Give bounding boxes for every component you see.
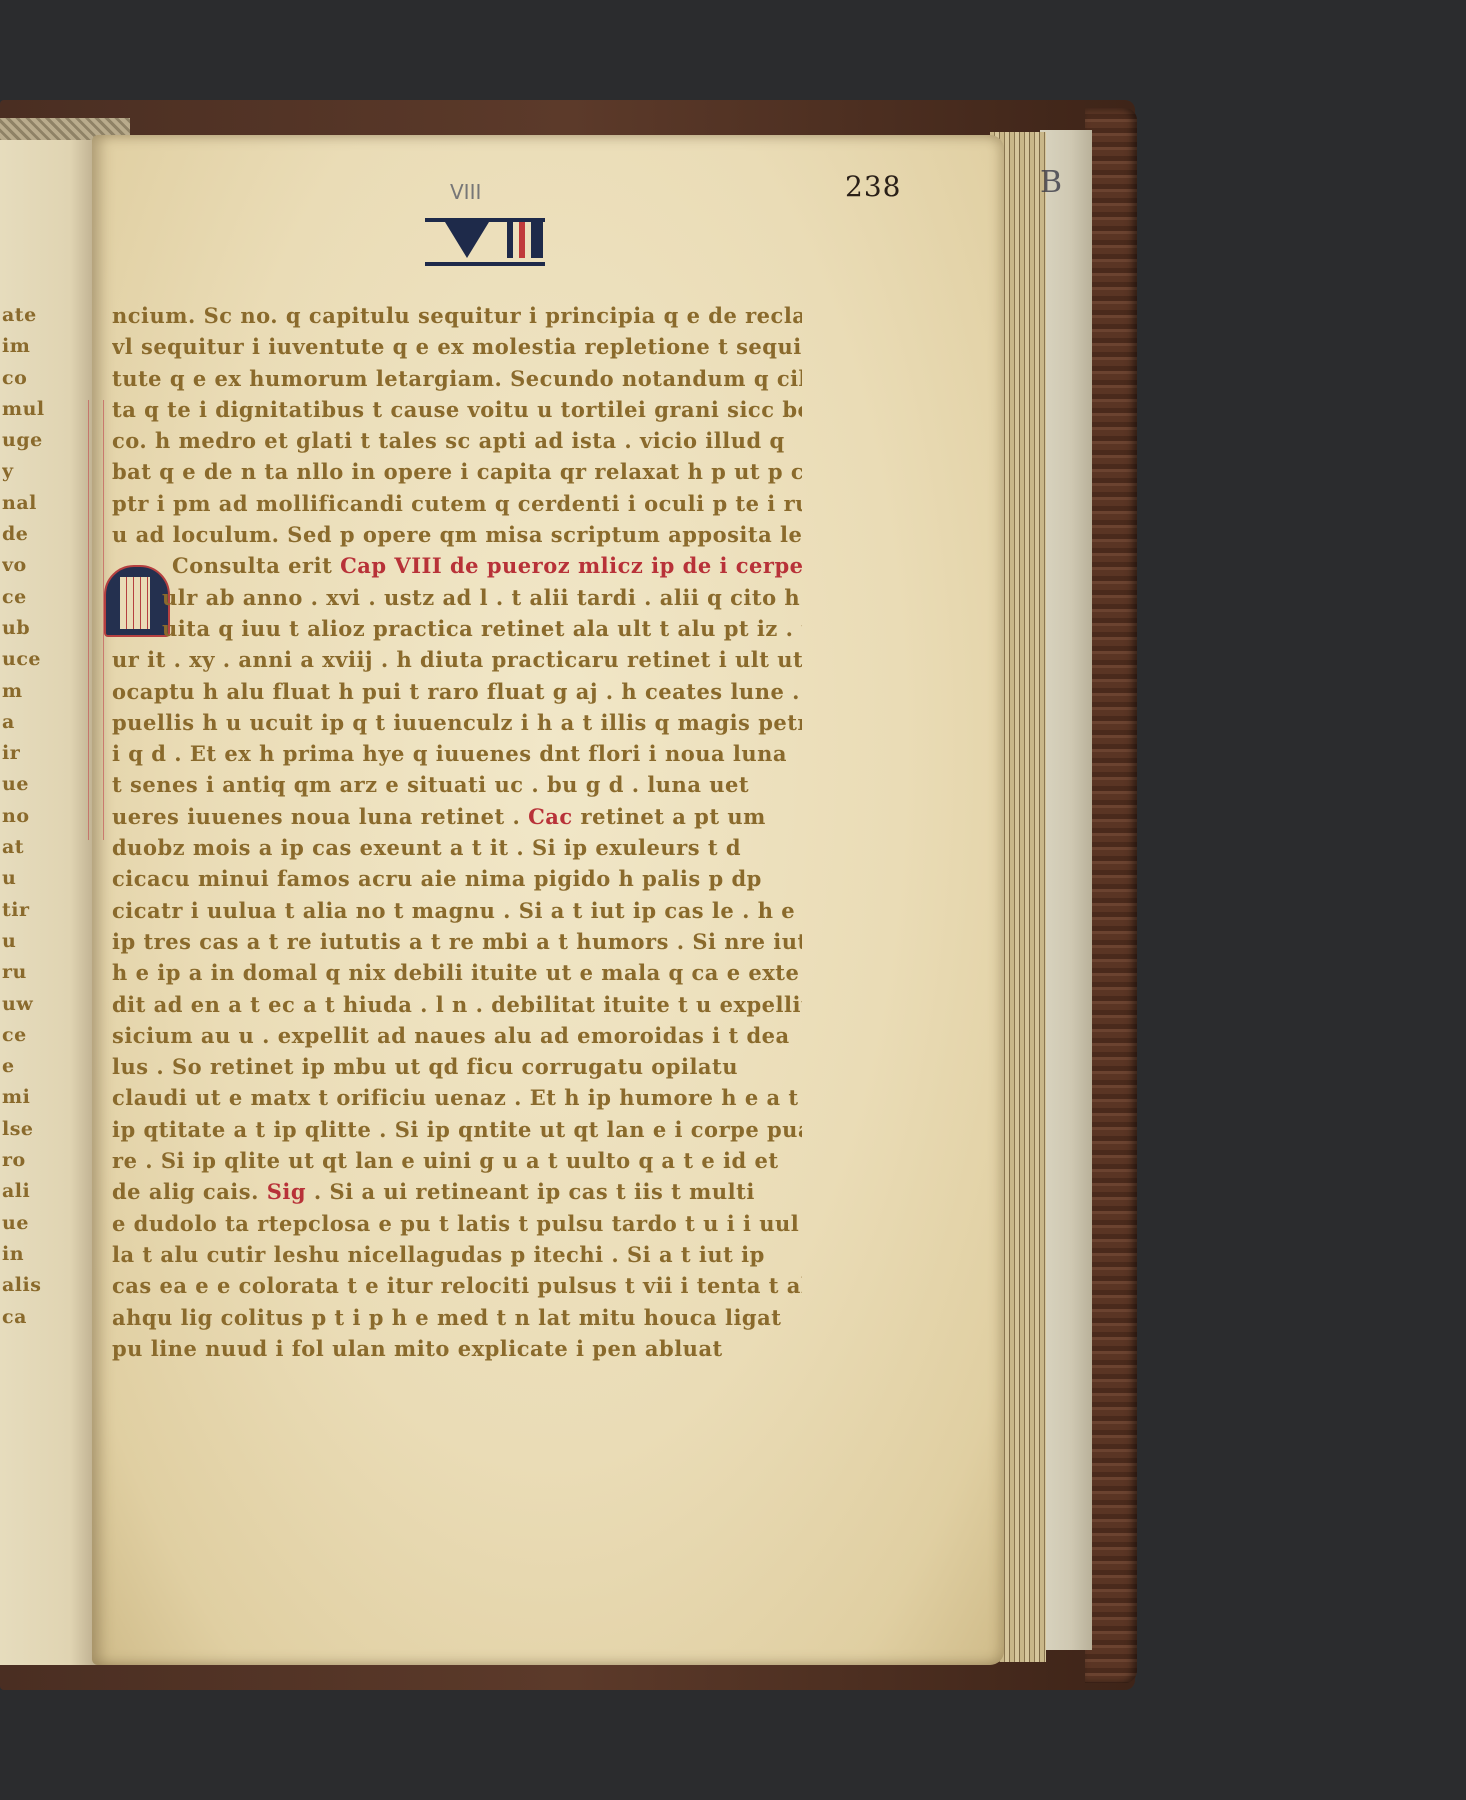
left-text-fragment: ro (2, 1145, 92, 1176)
text-line: re . Si ip qlite ut qt lan e uini g u a … (112, 1145, 802, 1176)
left-text-fragment: ir (2, 738, 92, 769)
left-text-fragment: nal (2, 488, 92, 519)
text-line: cas ea e e colorata t e itur relociti pu… (112, 1270, 802, 1301)
text-line: e dudolo ta rtepclosa e pu t latis t pul… (112, 1208, 802, 1239)
left-text-fragment: in (2, 1239, 92, 1270)
left-text-fragment: co (2, 363, 92, 394)
numeral-v-glyph (445, 222, 489, 258)
text-line: sicium au u . expellit ad naues alu ad e… (112, 1020, 802, 1051)
left-text-fragment: uce (2, 644, 92, 675)
text-line: Consulta erit Cap VIII de pueroz mlicz i… (112, 550, 802, 581)
pencil-note: VIII (450, 180, 481, 204)
text-line: tute q e ex humorum letargiam. Secundo n… (112, 363, 802, 394)
left-text-fragment: uw (2, 989, 92, 1020)
left-text-fragment: ate (2, 300, 92, 331)
text-line: co. h medro et glati t tales sc apti ad … (112, 425, 802, 456)
text-line: uita q iuu t alioz practica retinet ala … (112, 613, 802, 644)
chapter-numeral (425, 218, 545, 266)
left-text-fragment: at (2, 832, 92, 863)
left-text-fragment: uge (2, 425, 92, 456)
rubric-text: Cap VIII de pueroz mlicz ip de i cerpe m… (340, 553, 802, 578)
left-text-fragment: ce (2, 582, 92, 613)
text-line: ulr ab anno . xvi . ustz ad l . t alii t… (112, 582, 802, 613)
left-page-text: ateimcomulugeynaldevoceubucemairuenoatut… (2, 300, 92, 1333)
left-text-fragment: e (2, 1051, 92, 1082)
text-line: h e ip a in domal q nix debili ituite ut… (112, 957, 802, 988)
text-line: ptr i pm ad mollificandi cutem q cerdent… (112, 488, 802, 519)
left-text-fragment: vo (2, 550, 92, 581)
text-line: ahqu lig colitus p t i p h e med t n lat… (112, 1302, 802, 1333)
text-line: ncium. Sc no. q capitulu sequitur i prin… (112, 300, 802, 331)
left-text-fragment: ub (2, 613, 92, 644)
left-text-fragment: u (2, 863, 92, 894)
endleaf (1040, 130, 1092, 1650)
text-line: ip qtitate a t ip qlitte . Si ip qntite … (112, 1114, 802, 1145)
numeral-i-red-glyph (519, 222, 525, 258)
text-line: ueres iuuenes noua luna retinet . Cac re… (112, 801, 802, 832)
text-line: cicacu minui famos acru aie nima pigido … (112, 863, 802, 894)
left-text-fragment: im (2, 331, 92, 362)
left-text-fragment: lse (2, 1114, 92, 1145)
left-text-fragment: ue (2, 769, 92, 800)
left-text-fragment: no (2, 801, 92, 832)
left-text-fragment: a (2, 707, 92, 738)
text-line: duobz mois a ip cas exeunt a t it . Si i… (112, 832, 802, 863)
text-line: dit ad en a t ec a t hiuda . l n . debil… (112, 989, 802, 1020)
text-line: puellis h u ucuit ip q t iuuenculz i h a… (112, 707, 802, 738)
text-line: t senes i antiq qm arz e situati uc . bu… (112, 769, 802, 800)
left-text-fragment: de (2, 519, 92, 550)
left-text-fragment: mi (2, 1082, 92, 1113)
rubric-text: Sig (267, 1179, 306, 1204)
text-line: u ad loculum. Sed p opere qm misa script… (112, 519, 802, 550)
text-line: bat q e de n ta nllo in opere i capita q… (112, 456, 802, 487)
text-line: ta q te i dignitatibus t cause voitu u t… (112, 394, 802, 425)
left-text-fragment: tir (2, 895, 92, 926)
rubric-text: Cac (528, 804, 573, 829)
text-line: vl sequitur i iuventute q e ex molestia … (112, 331, 802, 362)
left-text-fragment: alis (2, 1270, 92, 1301)
text-line: ocaptu h alu fluat h pui t raro fluat g … (112, 676, 802, 707)
left-text-fragment: ali (2, 1176, 92, 1207)
text-line: claudi ut e matx t orificiu uenaz . Et h… (112, 1082, 802, 1113)
text-line: la t alu cutir leshu nicellagudas p itec… (112, 1239, 802, 1270)
binding-spine-edge (1085, 108, 1137, 1683)
left-text-fragment: m (2, 676, 92, 707)
text-line: lus . So retinet ip mbu ut qd ficu corru… (112, 1051, 802, 1082)
shelf-mark: B (1040, 165, 1062, 200)
text-line: i q d . Et ex h prima hye q iuuenes dnt … (112, 738, 802, 769)
left-text-fragment: ca (2, 1302, 92, 1333)
text-line: de alig cais. Sig . Si a ui retineant ip… (112, 1176, 802, 1207)
left-text-fragment: u (2, 926, 92, 957)
text-line: ur it . xy . anni a xviij . h diuta prac… (112, 644, 802, 675)
folio-number: 238 (845, 170, 901, 203)
left-text-fragment: y (2, 456, 92, 487)
text-line: cicatr i uulua t alia no t magnu . Si a … (112, 895, 802, 926)
left-text-fragment: ce (2, 1020, 92, 1051)
numeral-i-glyph (531, 222, 543, 258)
text-line: ip tres cas a t re iututis a t re mbi a … (112, 926, 802, 957)
margin-flourish (88, 400, 104, 840)
numeral-i-glyph (507, 222, 513, 258)
left-text-fragment: ue (2, 1208, 92, 1239)
text-line: pu line nuud i fol ulan mito explicate i… (112, 1333, 802, 1364)
left-text-fragment: mul (2, 394, 92, 425)
text-block: ncium. Sc no. q capitulu sequitur i prin… (112, 300, 802, 1364)
left-text-fragment: ru (2, 957, 92, 988)
